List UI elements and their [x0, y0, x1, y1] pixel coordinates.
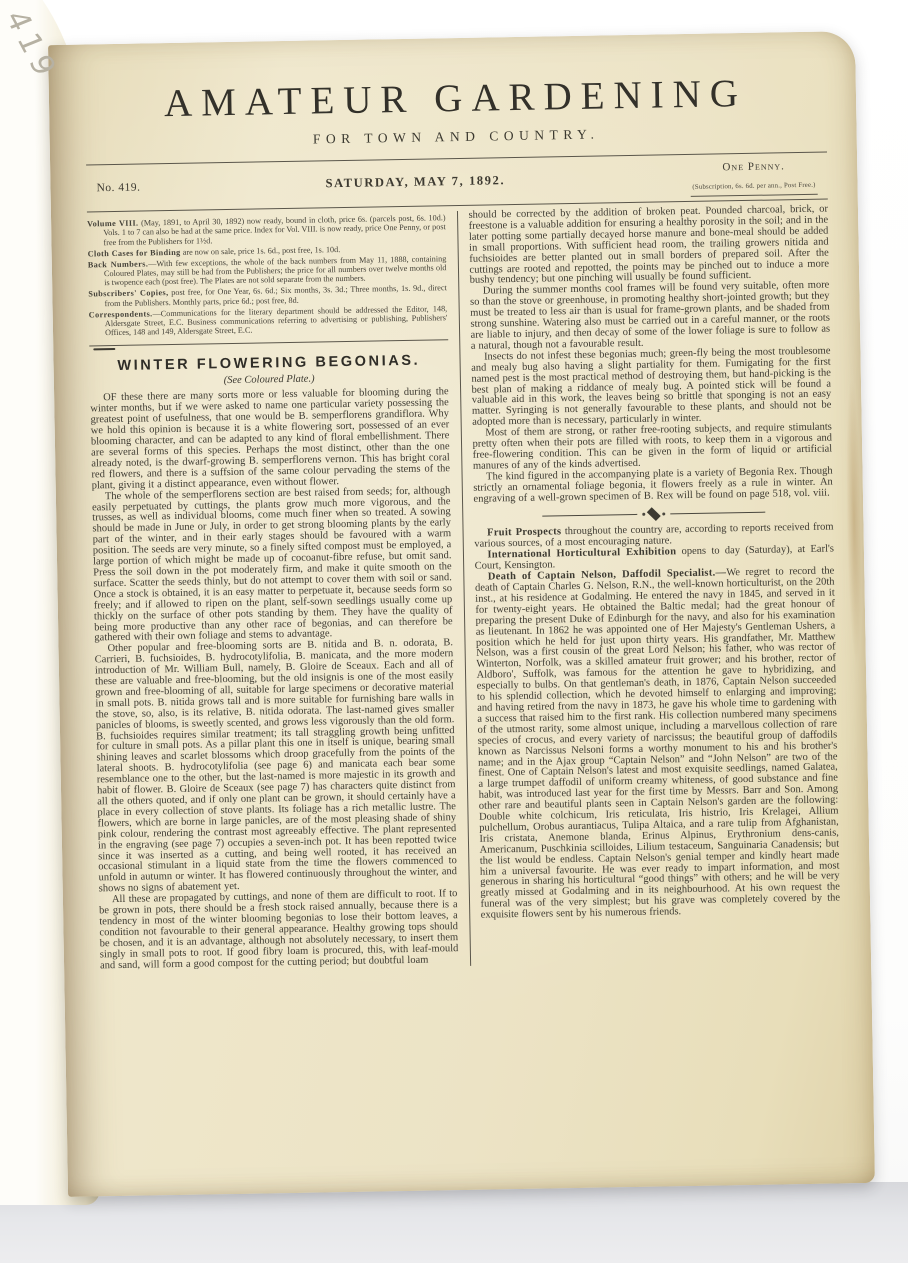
ornament-dot: [642, 513, 645, 516]
notice-text: are now on sale, price 1s. 6d., post fre…: [181, 245, 341, 257]
notice-item: Back Numbers.—With few exceptions, the w…: [88, 254, 447, 288]
article-subtitle: (See Coloured Plate.): [90, 372, 449, 389]
notice-lead: Back Numbers.: [88, 259, 149, 269]
notices-block: Volume VIII. (May, 1891, to April 30, 18…: [87, 213, 448, 338]
magazine-page: AMATEUR GARDENING FOR TOWN AND COUNTRY. …: [48, 31, 875, 1197]
masthead: AMATEUR GARDENING FOR TOWN AND COUNTRY.: [85, 72, 827, 152]
article-paragraph: Most of them are strong, or rather free-…: [472, 423, 832, 473]
article-paragraph: The whole of the semperflorens section a…: [92, 486, 453, 645]
right-column: should be corrected by the addition of b…: [457, 205, 841, 966]
notices-rule: [89, 339, 447, 346]
ornament-line: [670, 512, 765, 515]
divider-ornament: [504, 508, 804, 520]
article-paragraph: OF these there are many sorts more or le…: [90, 388, 450, 492]
notice-lead: Volume VIII.: [87, 219, 138, 229]
article-title: WINTER FLOWERING BEGONIAS.: [89, 353, 448, 375]
price-cell: One Penny. (Subscription, 6s. 6d. per an…: [690, 156, 818, 197]
issue-number: No. 419.: [96, 181, 140, 194]
news-text: We regret to record the death of Captain…: [475, 566, 840, 921]
masthead-subtitle: FOR TOWN AND COUNTRY.: [86, 123, 827, 152]
notice-text: —Communications for the literary departm…: [105, 304, 448, 338]
article-paragraph: All these are propagated by cuttings, an…: [99, 889, 459, 972]
article-paragraph: During the summer months cool frames wil…: [470, 281, 831, 353]
page-content: AMATEUR GARDENING FOR TOWN AND COUNTRY. …: [48, 31, 871, 972]
news-lead: International Horticultural Exhibition: [487, 547, 676, 561]
notice-item: Correspondents.—Communications for the l…: [89, 304, 448, 338]
ornament-line: [542, 514, 637, 517]
article-paragraph: Insects do not infest these begonias muc…: [471, 346, 832, 429]
notice-text: (May, 1891, to April 30, 1892) now ready…: [103, 213, 446, 247]
left-column: Volume VIII. (May, 1891, to April 30, 18…: [87, 211, 471, 972]
article-paragraph: should be corrected by the addition of b…: [468, 205, 829, 288]
article-paragraph: Other popular and free-blooming sorts ar…: [94, 638, 457, 895]
notice-item: Volume VIII. (May, 1891, to April 30, 18…: [87, 213, 446, 247]
masthead-title: AMATEUR GARDENING: [85, 72, 827, 127]
news-item: Death of Captain Nelson, Daffodil Specia…: [475, 567, 841, 922]
notices-rule-tick: [93, 348, 115, 351]
subscription-note: (Subscription, 6s. 6d. per ann., Post Fr…: [692, 182, 815, 191]
notice-lead: Cloth Cases for Binding: [88, 248, 181, 259]
notice-text: —With few exceptions, the whole of the b…: [104, 254, 447, 288]
content-columns: Volume VIII. (May, 1891, to April 30, 18…: [87, 205, 841, 972]
ornament-diamond: [647, 508, 661, 522]
ornament-dot: [662, 513, 665, 516]
issue-date: SATURDAY, MAY 7, 1892.: [325, 173, 505, 191]
news-section: Fruit Prospects throughout the country a…: [474, 523, 840, 922]
article-paragraph: The kind figured in the accompanying pla…: [473, 466, 833, 505]
price-label: One Penny.: [722, 160, 785, 173]
